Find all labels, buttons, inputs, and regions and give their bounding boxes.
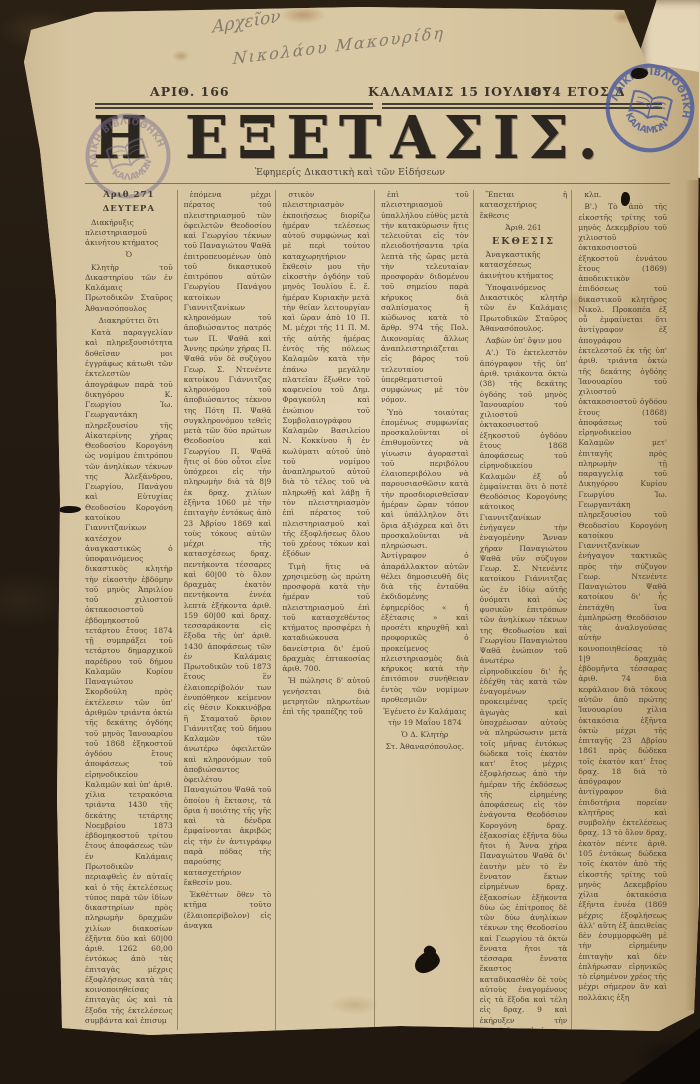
column-paragraph: Κατὰ παραγγελίαν καὶ πληρεξουσιότητα δοθ… — [85, 328, 173, 1026]
stamp-ring-text: ΚΑΛΑΜΩΝ — [108, 156, 159, 189]
stain — [172, 50, 190, 62]
stain — [280, 6, 326, 24]
column-paragraph: Ἐγένετο ἐν Καλάμαις τὴν 19 Μαΐου 1874 — [381, 707, 469, 728]
stamp-ring-text: ΚΑΛΑΜΩΝ — [619, 109, 672, 141]
column-paragraph: ἑπόμενα μέχρι πέρατος τοῦ πλειστηριασμοῦ… — [184, 190, 272, 888]
svg-text:ΚΑΛΑΜΩΝ: ΚΑΛΑΜΩΝ — [108, 156, 159, 189]
column-paragraph: ΕΚΘΕΣΙΣ — [480, 235, 568, 248]
column-paragraph: Διακηρύττει ὅτι — [85, 316, 173, 326]
column-paragraph: Α'.) Τὸ ἐκτελεστὸν ἀπόγραφον τῆς ὑπ' ἀρι… — [480, 348, 568, 1030]
handwriting-line: Αρχεῖον — [212, 7, 280, 38]
column-paragraph: Ἡ πώλησις δ' αὐτοῦ γενήσεται διὰ μετρητῶ… — [282, 676, 370, 717]
column-paragraph: Ἀριθ. 261 — [480, 223, 568, 233]
column-paragraph: Ὑπὸ τοιαύτας ἐπομένως συμφωνίας προσκαλο… — [381, 408, 469, 706]
page-edge-shadow — [685, 180, 698, 1010]
stain — [612, 10, 634, 24]
article-columns: Ἀριθ 271ΔΕΥΤΕΡΑΔιακήρυξις πλειστηριασμοῦ… — [85, 190, 671, 1030]
svg-text:ΚΑΛΑΜΩΝ: ΚΑΛΑΜΩΝ — [619, 109, 672, 141]
column-paragraph: Ἐκθέττων ὅθεν τὸ κτῆμα τοῦτο (ἔλαιοπερίβ… — [184, 890, 272, 931]
column-paragraph: Ὁ Δ. Κλητὴρ — [381, 730, 469, 740]
ink-blob — [59, 506, 81, 513]
column-paragraph: Λαβὼν ὑπ' ὄψιν μου — [480, 336, 568, 346]
newspaper-column: ἑπόμενα μέχρι πέρατος τοῦ πλειστηριασμοῦ… — [184, 190, 277, 1030]
column-paragraph: ΔΕΥΤΕΡΑ — [85, 204, 173, 216]
column-paragraph: Ἀριθ 271 — [85, 190, 173, 202]
column-paragraph: Ἕπεται ἡ κατασχετήριος ἔκθεσις — [480, 190, 568, 221]
column-paragraph: Β'.) Τὸ ἀπὸ τῆς εἰκοστῆς τρίτης τοῦ μηνὸ… — [578, 202, 667, 1003]
newspaper-column: Ἕπεται ἡ κατασχετήριος ἔκθεσιςἈριθ. 261Ε… — [480, 190, 573, 1030]
column-paragraph: ἐπὶ τοῦ πλειστηριασμοῦ ὑπαλλήλου εὐθὺς μ… — [381, 190, 469, 406]
handwriting-line: Νικολάου Μακουρίδη — [232, 23, 445, 68]
newspaper-column: ἐπὶ τοῦ πλειστηριασμοῦ ὑπαλλήλου εὐθὺς μ… — [381, 190, 474, 1030]
column-paragraph: Ὁ — [85, 250, 173, 260]
column-paragraph: Διακήρυξις πλειστηριασμοῦ ἀκινήτου κτήμα… — [85, 218, 173, 249]
column-paragraph: στικὸν πλειστηριασμὸν ἐκποιήσεως διορίζω… — [282, 190, 370, 560]
issue-number: ΑΡΙΘ. 166 — [150, 84, 230, 99]
newspaper-column: στικὸν πλειστηριασμὸν ἐκποιήσεως διορίζω… — [282, 190, 375, 1030]
newspaper-column: κλπ.Β'.) Τὸ ἀπὸ τῆς εἰκοστῆς τρίτης τοῦ … — [578, 190, 671, 1030]
corner-shadow-triangle — [620, 1028, 700, 1084]
column-paragraph: Ἀναγκαστικῆς κατασχέσεως ἀκινήτου κτήματ… — [480, 250, 568, 281]
column-paragraph: Ὑποφαινόμενος Δικαστικὸς κλητὴρ τῶν ἐν Κ… — [480, 283, 568, 334]
column-paragraph: Τιμὴ ἥτις νὰ χρησιμεύσῃ ὡς πρώτη προσφορ… — [282, 562, 370, 675]
newspaper-sheet: ΑΡΙΘ. 166 ΚΑΛΑΜΑΙΣ 15 ΙΟΥΛΙΟΥ 1874 ΕΤΟΣ … — [0, 0, 700, 1084]
column-paragraph: Στ. Ἀθανασόπουλος. — [381, 742, 469, 752]
column-paragraph: Κλητὴρ τοῦ Δικαστηρίου τῶν ἐν Καλάμαις Π… — [85, 263, 173, 314]
scanned-newspaper-page: ΑΡΙΘ. 166 ΚΑΛΑΜΑΙΣ 15 ΙΟΥΛΙΟΥ 1874 ΕΤΟΣ … — [0, 0, 700, 1084]
newspaper-column: Ἀριθ 271ΔΕΥΤΕΡΑΔιακήρυξις πλειστηριασμοῦ… — [85, 190, 178, 1030]
